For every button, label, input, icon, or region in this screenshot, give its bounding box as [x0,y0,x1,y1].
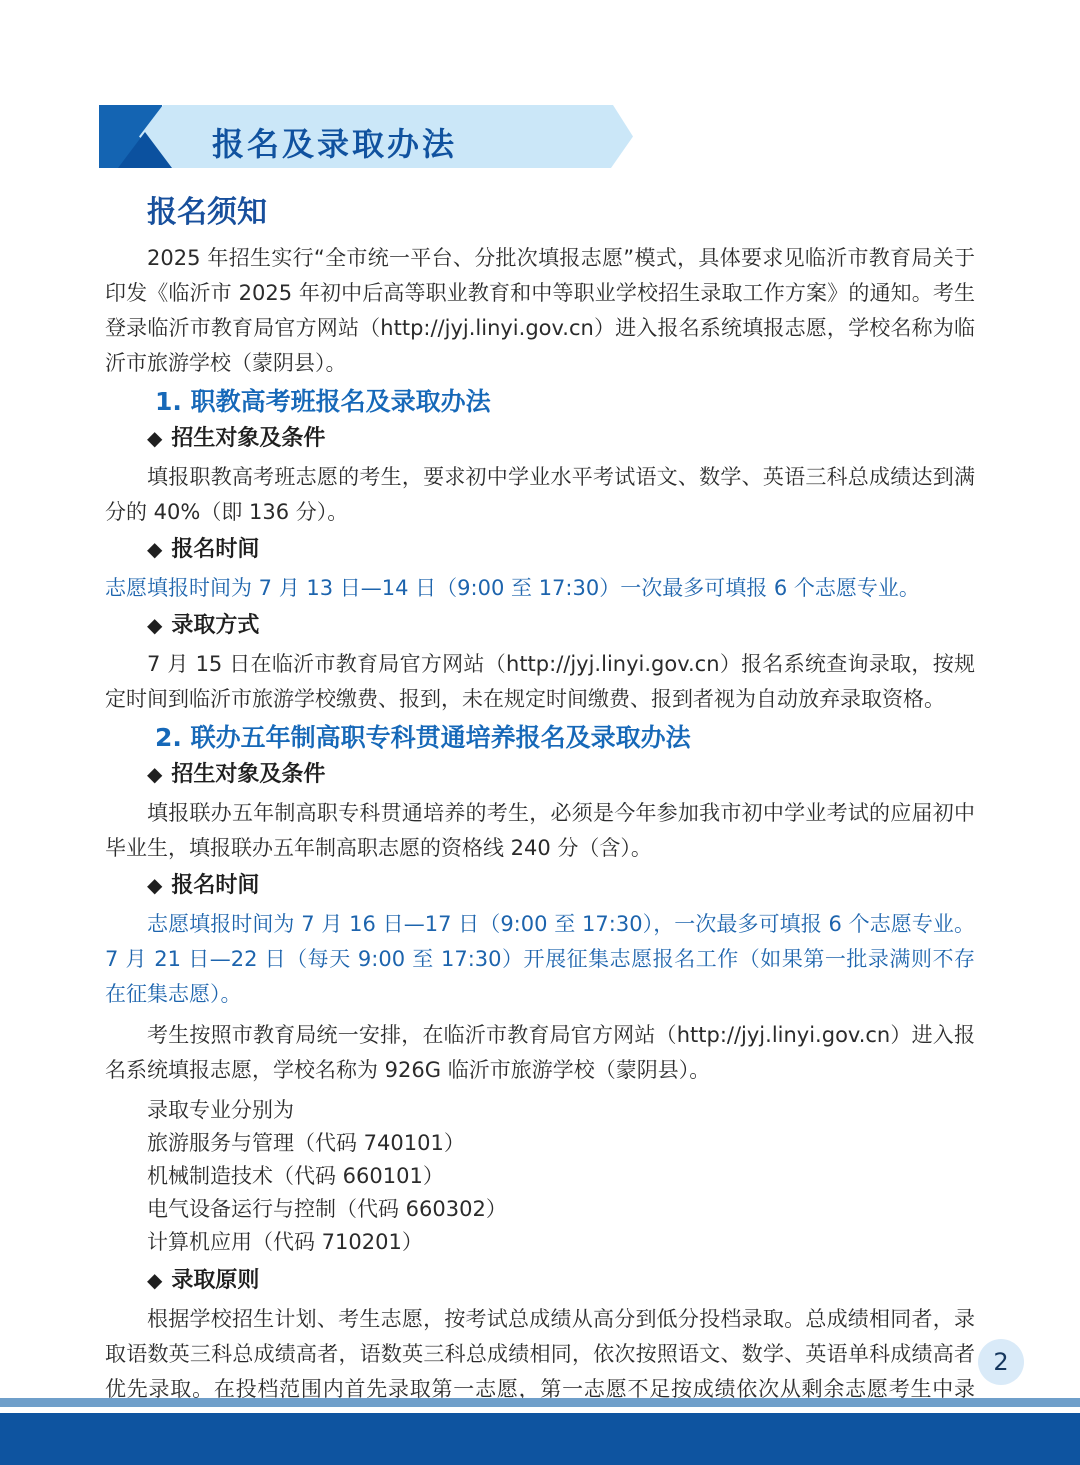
page-number-badge: 2 [978,1339,1024,1385]
diamond-bullet-icon: ◆ [147,426,162,450]
intro-paragraph: 2025 年招生实行“全市统一平台、分批次填报志愿”模式，具体要求见临沂市教育局… [105,241,975,381]
part1-item2-paragraph: 志愿填报时间为 7 月 13 日—14 日（9:00 至 17:30）一次最多可… [105,571,975,606]
bullet-label-text: 报名时间 [171,873,259,898]
diamond-bullet-icon: ◆ [147,613,162,637]
bullet-label-text: 录取原则 [171,1268,259,1293]
bullet-label-text: 报名时间 [171,537,259,562]
part1-item3-paragraph: 7 月 15 日在临沂市教育局官方网站（http://jyj.linyi.gov… [105,647,975,717]
footer-dark-bar [0,1413,1080,1465]
part2-item2-label: ◆报名时间 [147,872,975,899]
part2-item1-label: ◆招生对象及条件 [147,761,975,788]
part2-heading: 2. 联办五年制高职专科贯通培养报名及录取办法 [155,723,975,753]
majors-list: 旅游服务与管理（代码 740101） 机械制造技术（代码 660101） 电气设… [105,1127,975,1259]
bullet-label-text: 录取方式 [171,613,259,638]
part2-item1-paragraph: 填报联办五年制高职专科贯通培养的考生，必须是今年参加我市初中学业考试的应届初中毕… [105,796,975,866]
part2-item2-paragraph: 考生按照市教育局统一安排，在临沂市教育局官方网站（http://jyj.liny… [105,1018,975,1088]
section-title: 报名须知 [147,195,975,231]
bullet-label-text: 招生对象及条件 [171,426,325,451]
major-item: 电气设备运行与控制（代码 660302） [147,1193,975,1226]
document-content: 报名须知 2025 年招生实行“全市统一平台、分批次填报志愿”模式，具体要求见临… [105,195,975,1448]
diamond-bullet-icon: ◆ [147,873,162,897]
part1-item1-paragraph: 填报职教高考班志愿的考生，要求初中学业水平考试语文、数学、英语三科总成绩达到满分… [105,460,975,530]
major-item: 机械制造技术（代码 660101） [147,1160,975,1193]
diamond-bullet-icon: ◆ [147,537,162,561]
diamond-bullet-icon: ◆ [147,762,162,786]
document-page: 报名及录取办法 报名须知 2025 年招生实行“全市统一平台、分批次填报志愿”模… [0,0,1080,1465]
footer-thin-bar [0,1398,1080,1407]
banner-title: 报名及录取办法 [212,119,457,165]
part1-item1-label: ◆招生对象及条件 [147,425,975,452]
major-item: 计算机应用（代码 710201） [147,1226,975,1259]
part1-item3-label: ◆录取方式 [147,612,975,639]
part2-item3-label: ◆录取原则 [147,1267,975,1294]
majors-intro-line: 录取专业分别为 [147,1094,975,1127]
diamond-bullet-icon: ◆ [147,1268,162,1292]
part2-item2-paragraph-blue: 志愿填报时间为 7 月 16 日—17 日（9:00 至 17:30），一次最多… [105,907,975,1012]
part1-heading: 1. 职教高考班报名及录取办法 [155,387,975,417]
major-item: 旅游服务与管理（代码 740101） [147,1127,975,1160]
bullet-label-text: 招生对象及条件 [171,762,325,787]
part1-item2-label: ◆报名时间 [147,536,975,563]
